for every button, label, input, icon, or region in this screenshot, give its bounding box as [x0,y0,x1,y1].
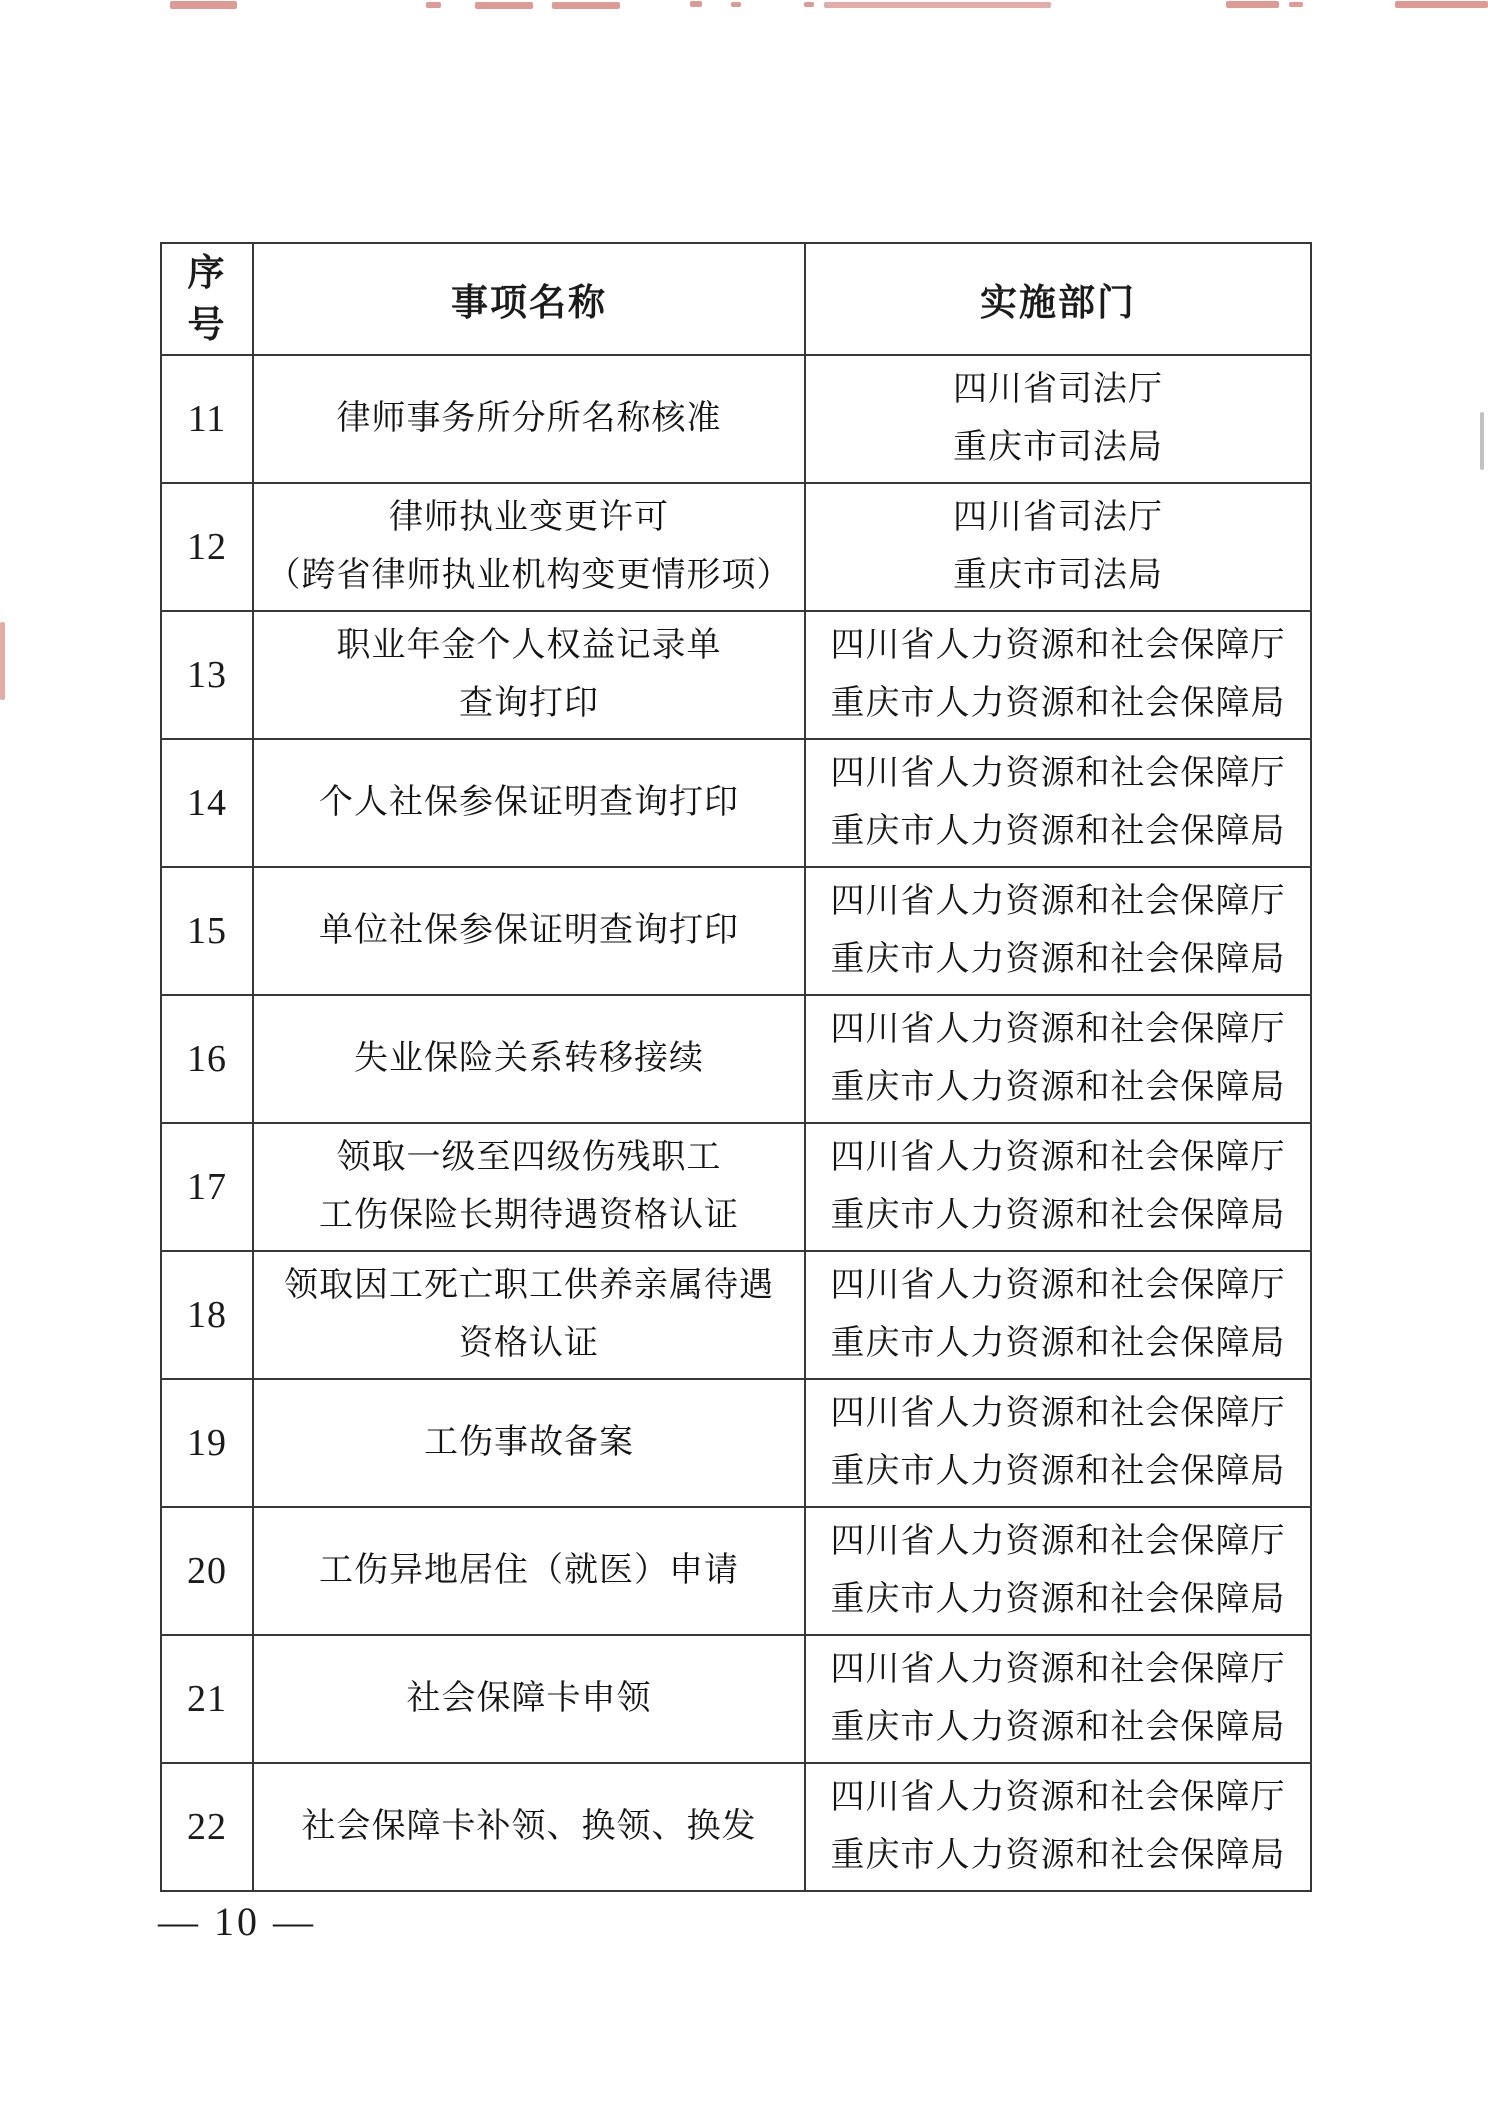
dept-line: 四川省人力资源和社会保障厅 [831,751,1286,797]
items-table: 序 号 事项名称 实施部门 11 [160,242,1312,1892]
row-seq-value: 15 [187,909,227,953]
row-dept-cell: 四川省司法厅重庆市司法局 [805,483,1311,611]
row-dept-cell: 四川省人力资源和社会保障厅重庆市人力资源和社会保障局 [805,1635,1311,1763]
table-row: 13 职业年金个人权益记录单查询打印 四川省人力资源和社会保障厅重庆市人力资源和… [161,611,1311,739]
table-row: 14 个人社保参保证明查询打印 四川省人力资源和社会保障厅重庆市人力资源和社会保… [161,739,1311,867]
row-seq-value: 18 [187,1293,227,1337]
row-seq-cell: 19 [161,1379,253,1507]
scan-mark-left-edge [0,622,5,700]
dept-line: 四川省人力资源和社会保障厅 [831,1007,1286,1053]
row-dept-cell: 四川省人力资源和社会保障厅重庆市人力资源和社会保障局 [805,995,1311,1123]
table-row: 20 工伤异地居住（就医）申请 四川省人力资源和社会保障厅重庆市人力资源和社会保… [161,1507,1311,1635]
row-seq-cell: 16 [161,995,253,1123]
dept-line: 四川省人力资源和社会保障厅 [831,1647,1286,1693]
row-name-cell: 工伤异地居住（就医）申请 [253,1507,805,1635]
item-name-line: 查询打印 [459,681,599,727]
table-row: 12 律师执业变更许可（跨省律师执业机构变更情形项） 四川省司法厅重庆市司法局 [161,483,1311,611]
row-seq-cell: 20 [161,1507,253,1635]
dept-line: 重庆市人力资源和社会保障局 [831,1193,1286,1239]
dept-line: 重庆市人力资源和社会保障局 [831,681,1286,727]
row-name-cell: 领取因工死亡职工供养亲属待遇资格认证 [253,1251,805,1379]
row-seq-cell: 22 [161,1763,253,1891]
row-seq-cell: 21 [161,1635,253,1763]
item-name-line: 律师事务所分所名称核准 [337,396,722,442]
row-name-cell: 领取一级至四级伤残职工工伤保险长期待遇资格认证 [253,1123,805,1251]
table-row: 11 律师事务所分所名称核准 四川省司法厅重庆市司法局 [161,355,1311,483]
row-name-cell: 职业年金个人权益记录单查询打印 [253,611,805,739]
header-seq-line1: 序 [188,250,227,296]
table-row: 22 社会保障卡补领、换领、换发 四川省人力资源和社会保障厅重庆市人力资源和社会… [161,1763,1311,1891]
row-name-cell: 工伤事故备案 [253,1379,805,1507]
row-seq-value: 12 [187,525,227,569]
table-row: 21 社会保障卡申领 四川省人力资源和社会保障厅重庆市人力资源和社会保障局 [161,1635,1311,1763]
dept-line: 重庆市司法局 [953,553,1163,599]
item-name-line: 工伤异地居住（就医）申请 [319,1548,739,1594]
row-seq-value: 14 [187,781,227,825]
header-item-name: 事项名称 [253,243,805,355]
row-seq-cell: 13 [161,611,253,739]
header-seq-line2: 号 [188,302,227,348]
header-dept: 实施部门 [805,243,1311,355]
scan-mark [475,2,533,9]
item-name-line: 职业年金个人权益记录单 [337,623,722,669]
row-dept-cell: 四川省人力资源和社会保障厅重庆市人力资源和社会保障局 [805,739,1311,867]
dept-line: 重庆市人力资源和社会保障局 [831,1705,1286,1751]
row-dept-cell: 四川省人力资源和社会保障厅重庆市人力资源和社会保障局 [805,1507,1311,1635]
row-seq-value: 13 [187,653,227,697]
dept-line: 重庆市人力资源和社会保障局 [831,1577,1286,1623]
scan-mark-right-edge [1480,412,1484,470]
dept-line: 重庆市人力资源和社会保障局 [831,809,1286,855]
row-seq-value: 16 [187,1037,227,1081]
row-seq-value: 22 [187,1805,227,1849]
item-name-line: 领取一级至四级伤残职工 [337,1135,722,1181]
table-row: 19 工伤事故备案 四川省人力资源和社会保障厅重庆市人力资源和社会保障局 [161,1379,1311,1507]
scan-mark [1226,1,1279,8]
dept-line: 四川省司法厅 [953,495,1163,541]
item-name-line: （跨省律师执业机构变更情形项） [267,553,792,599]
item-name-line: 社会保障卡申领 [407,1676,652,1722]
row-name-cell: 失业保险关系转移接续 [253,995,805,1123]
table-row: 18 领取因工死亡职工供养亲属待遇资格认证 四川省人力资源和社会保障厅重庆市人力… [161,1251,1311,1379]
scan-mark [804,2,814,7]
dept-line: 四川省司法厅 [953,367,1163,413]
header-dept-label: 实施部门 [980,272,1136,326]
row-seq-value: 21 [187,1677,227,1721]
scan-mark [1395,1,1488,8]
dept-line: 重庆市人力资源和社会保障局 [831,1449,1286,1495]
row-seq-value: 17 [187,1165,227,1209]
row-dept-cell: 四川省人力资源和社会保障厅重庆市人力资源和社会保障局 [805,1251,1311,1379]
item-name-line: 工伤事故备案 [424,1420,634,1466]
row-seq-value: 19 [187,1421,227,1465]
row-name-cell: 律师事务所分所名称核准 [253,355,805,483]
header-item-name-label: 事项名称 [451,272,607,326]
row-dept-cell: 四川省人力资源和社会保障厅重庆市人力资源和社会保障局 [805,867,1311,995]
table-row: 16 失业保险关系转移接续 四川省人力资源和社会保障厅重庆市人力资源和社会保障局 [161,995,1311,1123]
row-seq-value: 20 [187,1549,227,1593]
dept-line: 四川省人力资源和社会保障厅 [831,1391,1286,1437]
row-name-cell: 社会保障卡补领、换领、换发 [253,1763,805,1891]
row-dept-cell: 四川省人力资源和社会保障厅重庆市人力资源和社会保障局 [805,611,1311,739]
row-name-cell: 个人社保参保证明查询打印 [253,739,805,867]
row-seq-cell: 11 [161,355,253,483]
row-seq-cell: 15 [161,867,253,995]
item-name-line: 单位社保参保证明查询打印 [319,908,739,954]
scan-mark [690,1,702,7]
item-name-line: 失业保险关系转移接续 [354,1036,704,1082]
item-name-line: 个人社保参保证明查询打印 [319,780,739,826]
page-number: — 10 — [158,1898,316,1945]
scan-mark [426,2,441,8]
dept-line: 重庆市司法局 [953,425,1163,471]
item-name-line: 资格认证 [459,1321,599,1367]
dept-line: 四川省人力资源和社会保障厅 [831,1263,1286,1309]
scan-mark [552,2,620,9]
row-dept-cell: 四川省人力资源和社会保障厅重庆市人力资源和社会保障局 [805,1763,1311,1891]
item-name-line: 工伤保险长期待遇资格认证 [319,1193,739,1239]
table-row: 17 领取一级至四级伤残职工工伤保险长期待遇资格认证 四川省人力资源和社会保障厅… [161,1123,1311,1251]
row-dept-cell: 四川省人力资源和社会保障厅重庆市人力资源和社会保障局 [805,1123,1311,1251]
dept-line: 四川省人力资源和社会保障厅 [831,1775,1286,1821]
row-seq-cell: 12 [161,483,253,611]
dept-line: 四川省人力资源和社会保障厅 [831,1135,1286,1181]
header-seq: 序 号 [161,243,253,355]
dept-line: 四川省人力资源和社会保障厅 [831,879,1286,925]
scan-mark [170,1,237,9]
table-header-row: 序 号 事项名称 实施部门 [161,243,1311,355]
dept-line: 四川省人力资源和社会保障厅 [831,1519,1286,1565]
document-page: 序 号 事项名称 实施部门 11 [0,0,1488,2105]
item-name-line: 领取因工死亡职工供养亲属待遇 [284,1263,774,1309]
row-seq-value: 11 [188,397,227,441]
row-dept-cell: 四川省人力资源和社会保障厅重庆市人力资源和社会保障局 [805,1379,1311,1507]
dept-line: 重庆市人力资源和社会保障局 [831,1065,1286,1111]
dept-line: 重庆市人力资源和社会保障局 [831,1833,1286,1879]
row-name-cell: 社会保障卡申领 [253,1635,805,1763]
dept-line: 四川省人力资源和社会保障厅 [831,623,1286,669]
row-name-cell: 律师执业变更许可（跨省律师执业机构变更情形项） [253,483,805,611]
scan-mark [731,2,741,7]
table-row: 15 单位社保参保证明查询打印 四川省人力资源和社会保障厅重庆市人力资源和社会保… [161,867,1311,995]
scan-mark [824,2,1051,8]
row-dept-cell: 四川省司法厅重庆市司法局 [805,355,1311,483]
dept-line: 重庆市人力资源和社会保障局 [831,1321,1286,1367]
item-name-line: 社会保障卡补领、换领、换发 [302,1804,757,1850]
row-seq-cell: 14 [161,739,253,867]
row-seq-cell: 18 [161,1251,253,1379]
row-name-cell: 单位社保参保证明查询打印 [253,867,805,995]
row-seq-cell: 17 [161,1123,253,1251]
dept-line: 重庆市人力资源和社会保障局 [831,937,1286,983]
scan-mark [1289,2,1303,7]
item-name-line: 律师执业变更许可 [389,495,669,541]
